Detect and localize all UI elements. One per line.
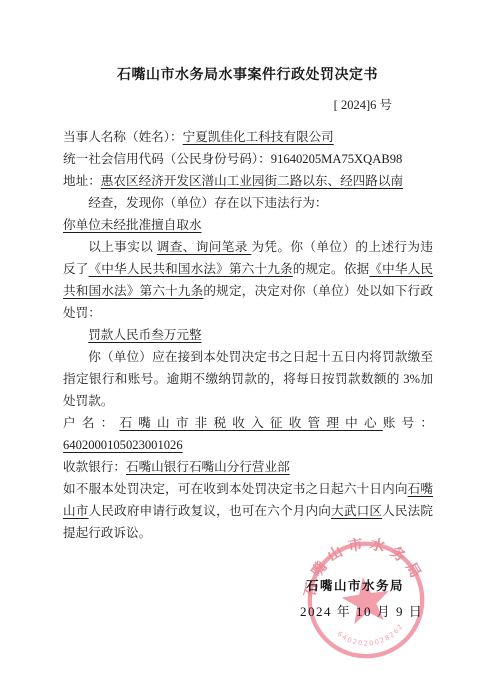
official-seal: 石嘴山市水务局 6402020028262 — [295, 529, 437, 671]
text-segment: 地址： — [63, 174, 101, 188]
document-body: 当事人名称（姓名）：宁夏凯佳化工科技有限公司统一社会信用代码（公民身份号码）：9… — [63, 126, 433, 544]
underlined-segment: 罚款人民币叁万元整 — [88, 328, 201, 342]
text-segment: 统一社会信用代码（公民身份号码）： — [63, 152, 271, 166]
paragraph: 你单位未经批准擅自取水 — [63, 214, 433, 236]
underlined-segment: 《中华人民共和国水法》第六十九条 — [89, 262, 293, 276]
text-segment: 收款银行： — [63, 460, 126, 474]
paragraph: 统一社会信用代码（公民身份号码）：91640205MA75XQAB98 — [63, 148, 433, 170]
document-title: 石嘴山市水务局水事案件行政处罚决定书 — [0, 0, 495, 84]
underlined-segment: 石嘴山市非税收入征收管理中心 — [119, 416, 382, 430]
paragraph: 你（单位）应在接到本处罚决定书之日起十五日内将罚款缴至指定银行和账号。逾期不缴纳… — [63, 346, 433, 412]
paragraph: 地址：惠农区经济开发区潽山工业园街二路以东、经四路以南 — [63, 170, 433, 192]
underlined-segment: 调查、询问笔录 — [157, 240, 252, 254]
underlined-segment: 石嘴山银行石嘴山分行营业部 — [126, 460, 290, 474]
signature-date: 2024 年 10 月 9 日 — [300, 601, 423, 620]
paragraph: 经查，发现你（单位）存在以下违法行为： — [63, 192, 433, 214]
text-segment: 以上事实以 — [88, 240, 157, 254]
paragraph: 当事人名称（姓名）：宁夏凯佳化工科技有限公司 — [63, 126, 433, 148]
paragraph: 以上事实以 调查、询问笔录 为凭。你（单位）的上述行为违反了《中华人民共和国水法… — [63, 236, 433, 324]
text-segment: 的规定。依据 — [293, 262, 370, 276]
document-page: 石嘴山市水务局水事案件行政处罚决定书 [ 2024]6 号 当事人名称（姓名）：… — [0, 0, 495, 700]
paragraph: 户名：石嘴山市非税收入征收管理中心账号：6402000105023001026 — [63, 412, 433, 456]
text-segment: 人民政府申请行政复议，也可在六个月内向 — [89, 504, 332, 518]
underlined-segment: 惠农区经济开发区潽山工业园街二路以东、经四路以南 — [101, 174, 403, 188]
paragraph: 罚款人民币叁万元整 — [63, 324, 433, 346]
text-segment: 你（单位）应在接到本处罚决定书之日起十五日内将罚款缴至指定银行和账号。逾期不缴纳… — [63, 350, 433, 408]
text-segment: 当事人名称（姓名）： — [63, 130, 183, 144]
underlined-segment: 6402000105023001026 — [63, 438, 183, 452]
underlined-segment: 宁夏凯佳化工科技有限公司 — [183, 130, 334, 144]
paragraph: 收款银行：石嘴山银行石嘴山分行营业部 — [63, 456, 433, 478]
text-segment: 经查，发现你（单位）存在以下违法行为： — [88, 196, 327, 210]
text-segment: 如不服本处罚决定，可在收到本处罚决定书之日起六十日内向 — [63, 482, 408, 496]
underlined-segment: 你单位未经批准擅自取水 — [63, 218, 202, 232]
text-segment: 账号： — [383, 416, 433, 430]
underlined-segment: 大武口区 — [331, 504, 382, 518]
document-number: [ 2024]6 号 — [0, 95, 495, 113]
text-segment: 户名： — [63, 416, 119, 430]
text-segment: 91640205MA75XQAB98 — [271, 152, 403, 166]
signature-authority: 石嘴山市水务局 — [306, 576, 404, 594]
